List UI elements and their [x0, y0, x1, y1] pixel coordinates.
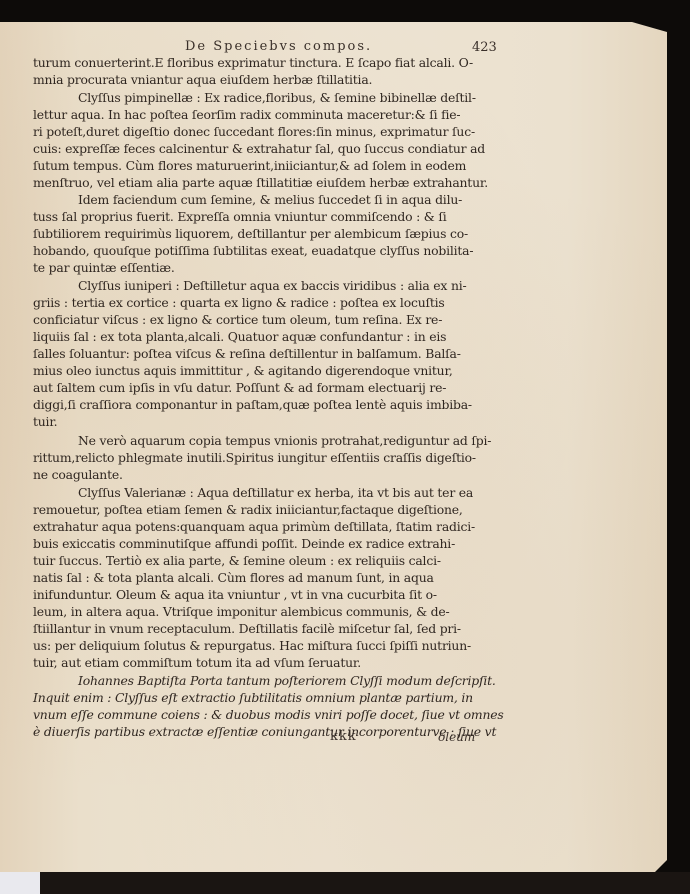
page-number: 423: [472, 40, 497, 55]
running-head: De Speciebvs compos.: [185, 39, 372, 54]
text-line: menſtruo, vel etiam alia parte aquæ ſtil…: [33, 175, 483, 191]
text-line: ri poteſt,duret digeſtio donec ſuccedant…: [33, 124, 483, 140]
scanner-edge: [0, 872, 40, 894]
text-line: buis exiccatis comminutiſque affundi poſ…: [33, 536, 483, 552]
text-line: extrahatur aqua potens:quanquam aqua pri…: [33, 519, 483, 535]
text-line: mius oleo iunctus aquis immittitur , & a…: [33, 363, 483, 379]
text-line: conficiatur viſcus : ex ligno & cortice …: [33, 312, 483, 328]
text-line: te par quintæ eſſentiæ.: [33, 260, 483, 276]
text-line: ſubtiliorem requirimùs liquorem, deſtill…: [33, 226, 483, 242]
catchword: oleum: [438, 730, 475, 744]
text-line: Idem faciendum cum ſemine, & melius ſucc…: [78, 192, 528, 208]
text-line: griis : tertia ex cortice : quarta ex li…: [33, 295, 483, 311]
page-text: De Speciebvs compos. 423 turum conuerter…: [0, 0, 667, 850]
text-line: lettur aqua. In hac poſtea ſeorſim radix…: [33, 107, 483, 123]
text-line: liquiis ſal : ex tota planta,alcali. Qua…: [33, 329, 483, 345]
text-line: Clyſſus pimpinellæ : Ex radice,floribus,…: [78, 90, 528, 106]
text-line: tuir ſuccus. Tertiò ex alia parte, & ſem…: [33, 553, 483, 569]
text-line-italic: Inquit enim : Clyſſus eſt extractio ſubt…: [33, 690, 483, 706]
text-line: mnia procurata vniantur aqua eiuſdem her…: [33, 72, 483, 88]
text-line: tuir.: [33, 414, 483, 430]
text-line: cuis: expreſſæ feces calcinentur & extra…: [33, 141, 483, 157]
text-line: tuss ſal proprius fuerit. Expreſſa omnia…: [33, 209, 483, 225]
text-line: rittum,relicto phlegmate inutili.Spiritu…: [33, 450, 483, 466]
text-line: Ne verò aquarum copia tempus vnionis pro…: [78, 433, 528, 449]
text-line: hobando, quouſque potiſſima ſubtilitas e…: [33, 243, 483, 259]
text-line: ſutum tempus. Cùm flores maturuerint,ini…: [33, 158, 483, 174]
text-line: Clyſſus Valerianæ : Aqua deſtillatur ex …: [78, 485, 528, 501]
text-line: inifunduntur. Oleum & aqua ita vniuntur …: [33, 587, 483, 603]
text-line: Clyſſus iuniperi : Deſtilletur aqua ex b…: [78, 278, 528, 294]
text-line-italic: è diuerſis partibus extractæ eſſentiæ co…: [33, 724, 483, 740]
text-line: ne coagulante.: [33, 467, 483, 483]
signature-mark: kkk: [330, 729, 357, 744]
text-line: turum conuerterint.E floribus exprimatur…: [33, 55, 483, 71]
text-line-italic: vnum eſſe commune coiens : & duobus modi…: [33, 707, 483, 723]
text-line: natis ſal : & tota planta alcali. Cùm fl…: [33, 570, 483, 586]
text-line: remouetur, poſtea etiam ſemen & radix in…: [33, 502, 483, 518]
scanner-background-strip: [0, 872, 690, 894]
text-line: aut ſaltem cum ipſis in vſu datur. Poſſu…: [33, 380, 483, 396]
text-line-italic: Iohannes Baptiſta Porta tantum poſterior…: [78, 673, 528, 689]
text-line: diggi,ſi craſſiora componantur in paſtam…: [33, 397, 483, 413]
text-line: tuir, aut etiam commiſtum totum ita ad v…: [33, 655, 483, 671]
text-line: us: per deliquium ſolutus & repurgatus. …: [33, 638, 483, 654]
text-line: ſalles ſoluantur: poſtea viſcus & reſina…: [33, 346, 483, 362]
text-line: leum, in altera aqua. Vtriſque imponitur…: [33, 604, 483, 620]
text-line: ſtiillantur in vnum receptaculum. Deſtil…: [33, 621, 483, 637]
